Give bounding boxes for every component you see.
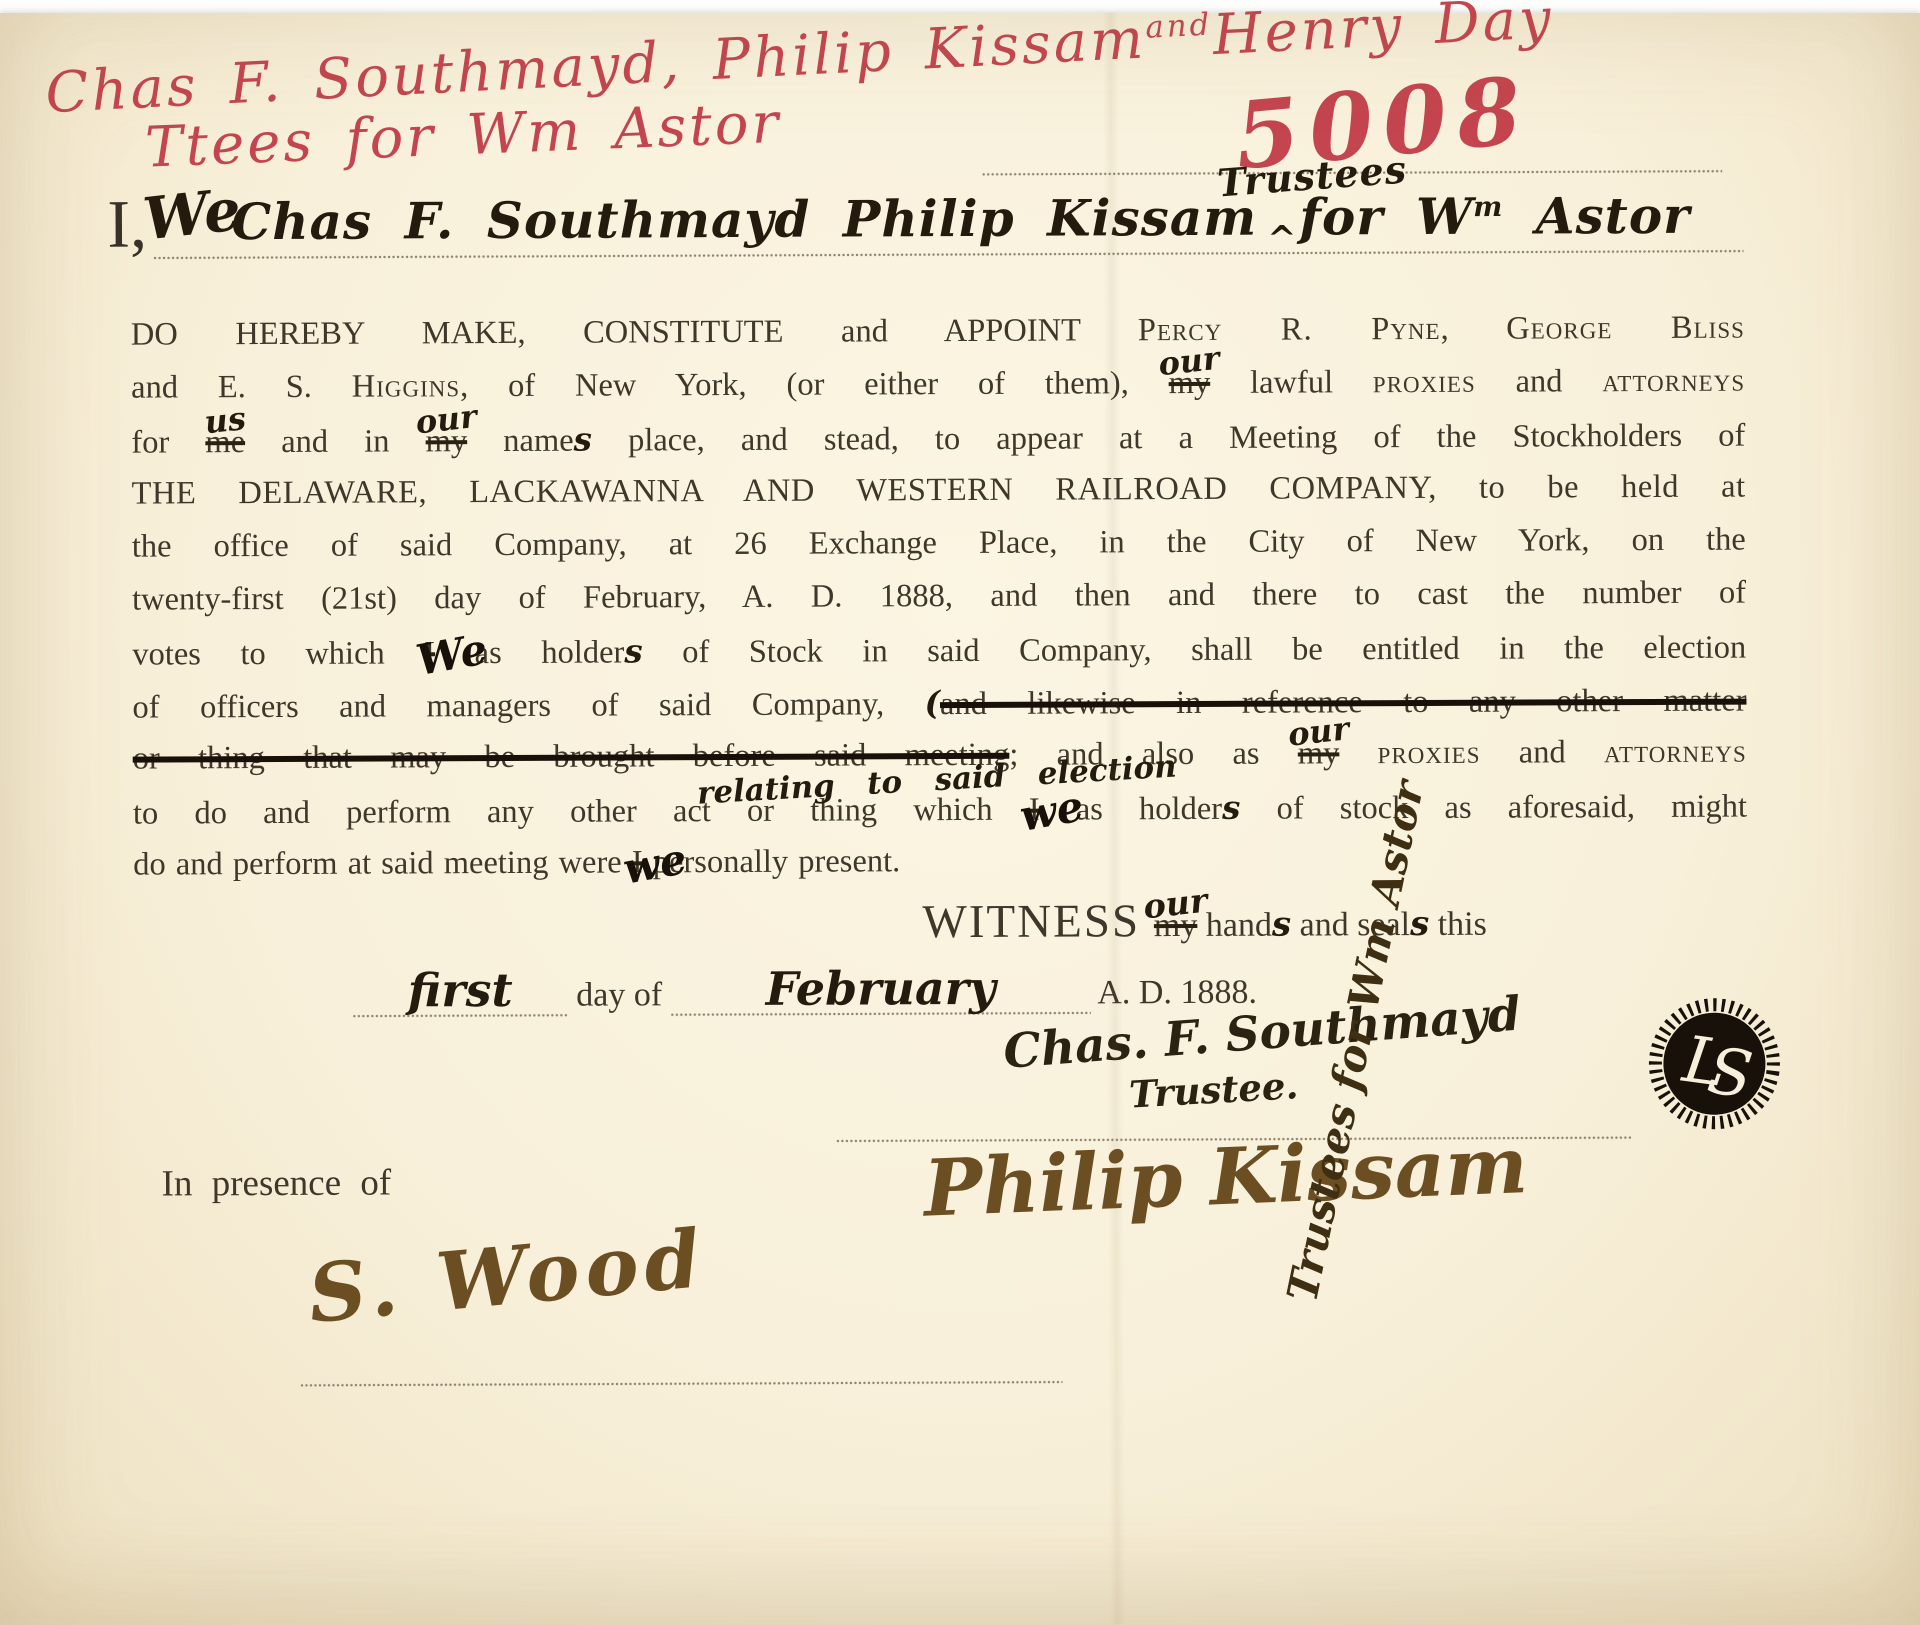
printed-text: for — [131, 424, 205, 460]
edit-i-we: WeI — [424, 635, 435, 671]
printed-text: and — [1480, 734, 1604, 771]
body-line-11: do and perform at said meeting were weI … — [133, 832, 1747, 892]
astor-text: Astor — [1503, 186, 1690, 246]
insertion-our: our — [414, 401, 478, 439]
printed-text: name — [467, 423, 574, 459]
document-scan: Chas F. Southmayd, Philip KissamandHenry… — [0, 0, 1920, 1625]
notary-seal: L S — [1634, 984, 1795, 1149]
printed-text: this — [1429, 906, 1487, 943]
printed-text: of officers and managers of said Company… — [132, 686, 924, 725]
printed-text: votes to which — [132, 635, 424, 672]
printed-proxies: proxies — [1373, 364, 1476, 400]
handwritten-paren: ( — [925, 683, 941, 722]
wm-superscript: m — [1473, 191, 1503, 223]
edit-my-our: ourmy — [1169, 365, 1211, 401]
insertion-our: our — [1286, 713, 1350, 751]
body-line-4: THE DELAWARE, LACKAWANNA AND WESTERN RAI… — [131, 461, 1745, 521]
handwritten-s: s — [1222, 788, 1240, 827]
printed-text: , — [1440, 311, 1506, 347]
printed-attorneys: attorneys — [1604, 734, 1747, 771]
seal-graphic: L S — [1634, 984, 1794, 1144]
signature-southmayd-title: Trustee. — [1128, 1063, 1299, 1117]
printed-text: of Stock in said Company, shall be entit… — [643, 630, 1747, 671]
handwritten-we: We — [140, 175, 244, 253]
printed-text: do and perform at said meeting were — [133, 844, 632, 882]
printed-text: and in — [245, 423, 426, 460]
printed-text: , of New York, (or either of them), — [460, 365, 1169, 404]
seal-monogram-s: S — [1703, 1034, 1756, 1113]
paper: Chas F. Southmayd, Philip KissamandHenry… — [0, 13, 1920, 1625]
dotted-rule-name-line — [154, 250, 1744, 260]
scrawled-we: we — [620, 837, 690, 890]
handwritten-principal-names: Chas F. Southmayd Philip KissamTrustees^… — [231, 186, 1690, 251]
printed-text: place, and stead, to appear at a Meeting… — [592, 418, 1746, 459]
handwritten-first: first — [408, 963, 513, 1017]
proxy-form: Chas F. Southmayd, Philip KissamandHenry… — [0, 9, 1920, 1625]
edit-my-our-2: ourmy — [426, 423, 468, 459]
printed-text: and — [1476, 363, 1603, 400]
body-line-6: twenty-first (21st) day of February, A. … — [132, 567, 1746, 627]
handwritten-s: s — [624, 631, 642, 670]
dotted-rule-witness — [300, 1381, 1062, 1387]
edit-my-our-4: ourmy — [1154, 907, 1198, 944]
printed-text: DO HEREBY MAKE, CONSTITUTE and APPOINT — [131, 312, 1138, 352]
printed-text: of stock as aforesaid, might — [1240, 789, 1747, 827]
handwritten-s: s — [1272, 905, 1291, 945]
handwritten-february: February — [766, 961, 996, 1016]
printed-attorneys: attorneys — [1602, 363, 1745, 400]
company-name: THE DELAWARE, LACKAWANNA AND WESTERN RAI… — [131, 470, 1436, 512]
name-higgins: Higgins — [352, 368, 461, 404]
printed-text: lawful — [1210, 364, 1373, 401]
body-line-7: votes to which WeI as holders of Stock i… — [132, 620, 1746, 680]
edit-my-our-3: ourmy — [1298, 735, 1340, 771]
presence-label: In presence of — [161, 1161, 391, 1205]
printed-text: to be held at — [1437, 469, 1746, 506]
scrawled-we: we — [1017, 784, 1087, 837]
witness-signature-wood: S. Wood — [305, 1211, 711, 1341]
name-bliss: George Bliss — [1506, 310, 1745, 347]
edit-i-we-2: weI — [1029, 792, 1040, 828]
body-line-1: DO HEREBY MAKE, CONSTITUTE and APPOINT P… — [131, 302, 1745, 362]
handwritten-s: s — [574, 420, 592, 459]
body-line-3: for usme and in ourmy names place, and s… — [131, 408, 1745, 468]
body-line-5: the office of said Company, at 26 Exchan… — [132, 514, 1746, 574]
insertion-our: our — [1142, 883, 1209, 923]
red-and-superscript: and — [1144, 7, 1213, 46]
body-text: DO HEREBY MAKE, CONSTITUTE and APPOINT P… — [131, 302, 1748, 892]
signature-kissam: Philip Kissam — [922, 1120, 1529, 1235]
insertion-us: us — [203, 403, 247, 439]
body-line-10: to do and perform any other act or thing… — [133, 779, 1747, 839]
insertion-our: our — [1157, 343, 1221, 381]
scrawled-we: We — [413, 627, 490, 681]
date-day-slot: first — [353, 963, 568, 1018]
edit-me-us: usme — [205, 424, 245, 460]
body-line-8: of officers and managers of said Company… — [132, 673, 1746, 733]
printed-day-of: day of — [568, 976, 671, 1013]
date-month-slot: February — [671, 960, 1091, 1016]
edit-i-we-3: weI — [632, 844, 643, 880]
body-line-2: and E. S. Higgins, of New York, (or eith… — [131, 355, 1745, 415]
